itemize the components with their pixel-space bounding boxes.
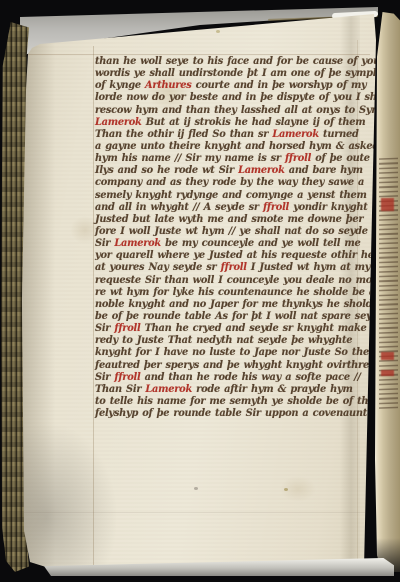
rubricated-name: Lamerok	[95, 117, 142, 128]
manuscript-line: at youres Nay seyde sr ffroll I Justed w…	[95, 262, 371, 274]
manuscript-line: wordis ye shall undirstonde þt I am one …	[95, 68, 371, 80]
right-edge-shading	[340, 10, 360, 576]
ruling-line-top	[28, 54, 370, 55]
manuscript-line: redy to Juste That nedyth nat seyde þe w…	[95, 335, 371, 347]
ruling-line-lower	[24, 512, 372, 513]
parchment-stain	[280, 476, 316, 502]
manuscript-line: Sir Lamerok be my counceyle and ye woll …	[95, 238, 371, 250]
manuscript-line: a gayne unto theire knyght and horsed hy…	[95, 141, 371, 153]
manuscript-line: knyght for I have no luste to Jape nor J…	[95, 347, 371, 359]
bottom-left-stain	[20, 424, 116, 574]
rubricated-name: ffroll	[114, 372, 140, 383]
facing-page-fore-edge	[375, 12, 400, 572]
photo-frame: than he woll seye to his face and for be…	[0, 0, 400, 582]
rubricated-name: Lamerok	[272, 129, 319, 140]
manuscript-line: rescow hym and than they lasshed all at …	[95, 105, 371, 117]
manuscript-line: Than Sir Lamerok rode aftir hym & prayde…	[95, 384, 371, 396]
manuscript-line: Sir ffroll Than he cryed and seyde sr kn…	[95, 323, 371, 335]
manuscript-line: fore I woll Juste wt hym // ye shall nat…	[95, 226, 371, 238]
manuscript-line: yor quarell where ye Justed at his reque…	[95, 250, 371, 262]
parchment-stain	[146, 72, 192, 112]
manuscript-line: be of þe rounde table As for þt I woll n…	[95, 311, 371, 323]
ruling-line-left-margin	[93, 46, 94, 568]
facing-page-rubric-mark	[381, 352, 394, 360]
manuscript-line: semely knyght rydynge and comynge a yens…	[95, 190, 371, 202]
ruling-line-right-margin	[357, 40, 358, 568]
manuscript-line: Sir ffroll and than he rode his way a so…	[95, 372, 371, 384]
manuscript-line: felyshyp of þe rounde table Sir uppon a …	[95, 408, 371, 420]
parchment-fleck	[284, 488, 288, 491]
manuscript-line: requeste Sir than woll I counceyle you d…	[95, 275, 371, 287]
manuscript-line: than he woll seye to his face and for be…	[95, 56, 371, 68]
manuscript-line: re wt hym for lyke his countenaunce he s…	[95, 287, 371, 299]
manuscript-line: company and as they rode by the way they…	[95, 177, 371, 189]
rubricated-name: Arthures	[145, 80, 191, 91]
text-block: than he woll seye to his face and for be…	[95, 56, 371, 420]
manuscript-page: than he woll seye to his face and for be…	[18, 10, 378, 576]
manuscript-line: Ilys and so he rode wt Sir Lamerok and b…	[95, 165, 371, 177]
manuscript-line: Lamerok But at ij strokis he had slayne …	[95, 117, 371, 129]
manuscript-line: and all in whyght // A seyde sr ffroll y…	[95, 202, 371, 214]
rubricated-name: ffroll	[263, 202, 289, 213]
facing-page-rubric-mark	[381, 198, 394, 211]
manuscript-line: Justed but late wyth me and smote me dow…	[95, 214, 371, 226]
manuscript-line: to telle his name for me semyth ye shold…	[95, 396, 371, 408]
rubricated-name: Lamerok	[114, 238, 161, 249]
parchment-fleck	[216, 30, 220, 33]
manuscript-line: feautred þer sperys and þe whyght knyght…	[95, 360, 371, 372]
manuscript-line: lorde now do yor beste and in þe dispyte…	[95, 92, 371, 104]
rubricated-name: ffroll	[114, 323, 140, 334]
manuscript-line: Than the othir ij fled So than sr Lamero…	[95, 129, 371, 141]
parchment-fleck	[194, 487, 198, 490]
manuscript-line: noble knyght and no Japer for me thynkys…	[95, 299, 371, 311]
parchment-stain	[70, 216, 100, 244]
manuscript-line: hym his name // Sir my name is sr ffroll…	[95, 153, 371, 165]
rubricated-name: ffroll	[221, 262, 247, 273]
rubricated-name: ffroll	[285, 153, 311, 164]
facing-page-rubric-mark	[381, 370, 394, 376]
manuscript-line: of kynge Arthures courte and in þe worsh…	[95, 80, 371, 92]
rubricated-name: Lamerok	[238, 165, 285, 176]
rubricated-name: Lamerok	[145, 384, 192, 395]
